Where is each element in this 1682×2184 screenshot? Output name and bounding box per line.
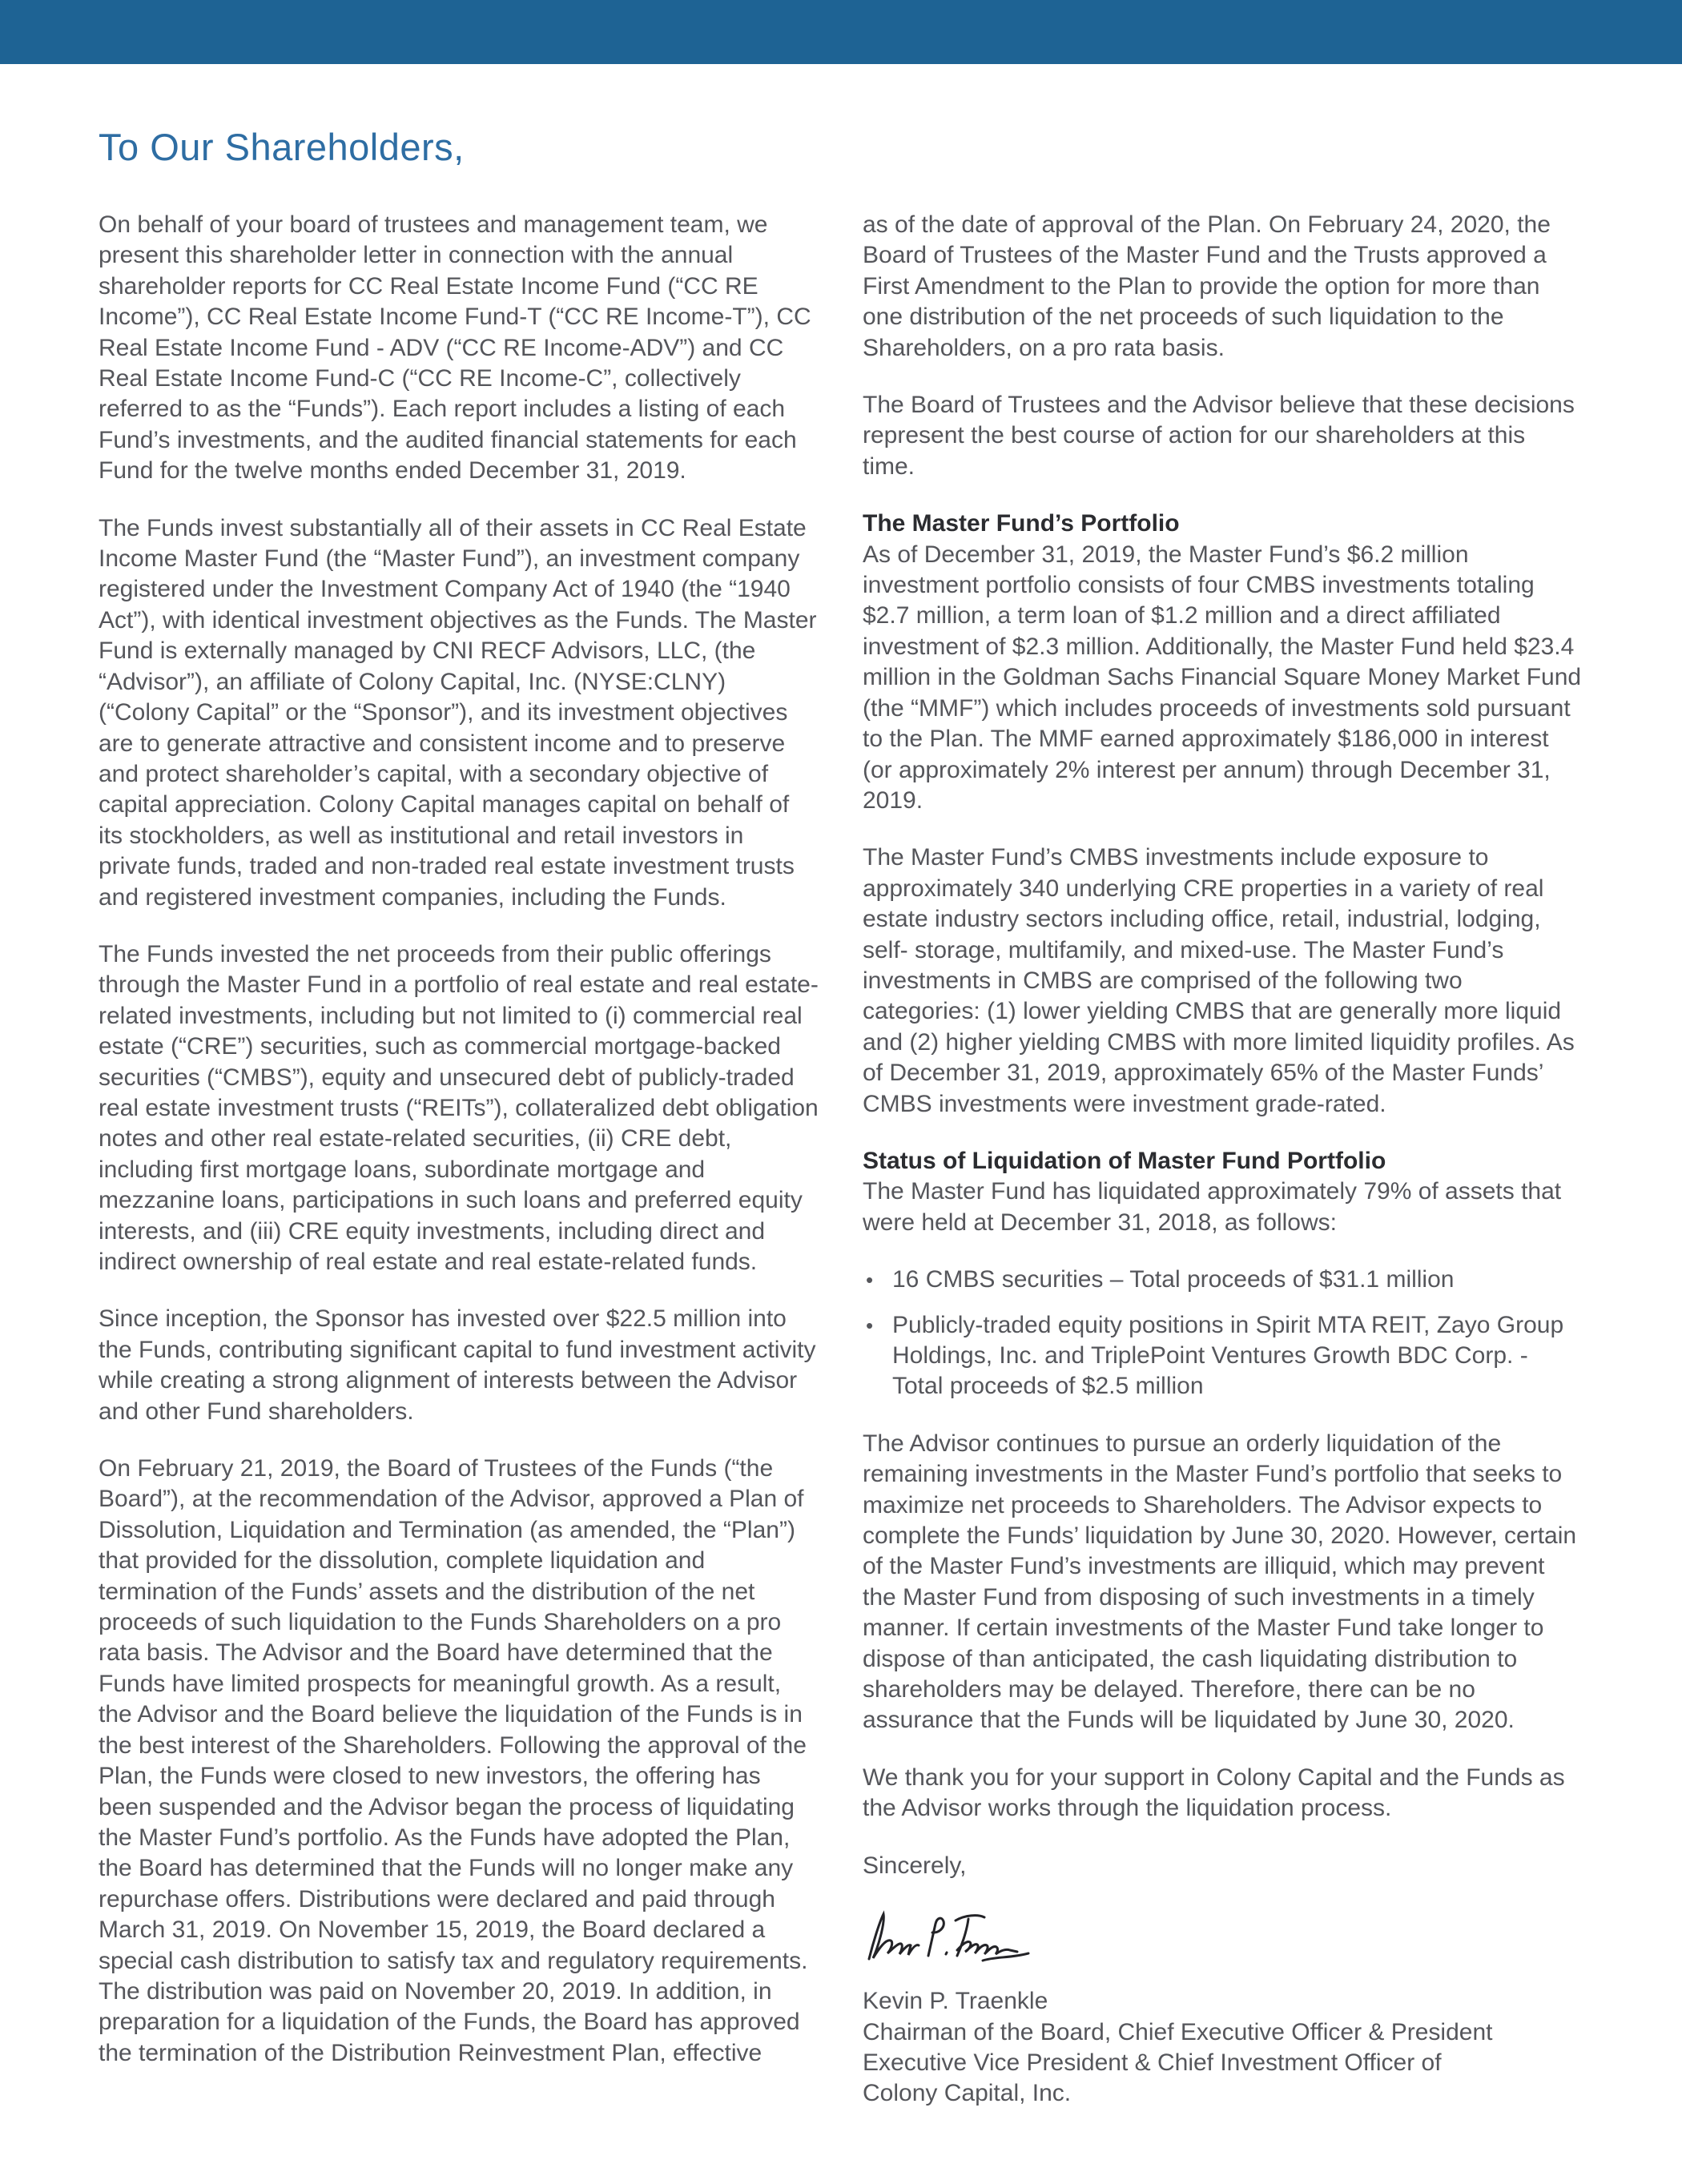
list-item: Publicly-traded equity positions in Spir… [863,1310,1583,1402]
paragraph: The Funds invested the net proceeds from… [99,939,819,1277]
sign-off: Sincerely, [863,1851,1583,1881]
liquidation-bullet-list: 16 CMBS securities – Total proceeds of $… [863,1265,1583,1402]
paragraph: The Master Fund’s CMBS investments inclu… [863,843,1583,1120]
paragraph: The Funds invest substantially all of th… [99,513,819,913]
paragraph: On behalf of your board of trustees and … [99,210,819,487]
left-column: On behalf of your board of trustees and … [99,210,819,2110]
signatory-title: Chairman of the Board, Chief Executive O… [863,2017,1583,2048]
paragraph: The Master Fund has liquidated approxima… [863,1176,1583,1238]
section-heading-liquidation: Status of Liquidation of Master Fund Por… [863,1146,1583,1176]
letter-page: To Our Shareholders, On behalf of your b… [0,0,1682,2184]
paragraph: Since inception, the Sponsor has investe… [99,1304,819,1427]
signatory-title: Executive Vice President & Chief Investm… [863,2048,1583,2078]
paragraph: As of December 31, 2019, the Master Fund… [863,540,1583,817]
paragraph: We thank you for your support in Colony … [863,1763,1583,1824]
paragraph: as of the date of approval of the Plan. … [863,210,1583,364]
signatory-name: Kevin P. Traenkle [863,1986,1583,2017]
paragraph: On February 21, 2019, the Board of Trust… [99,1454,819,2069]
signatory-title: Colony Capital, Inc. [863,2078,1583,2109]
signature-handwriting [863,1908,1583,1970]
signature-icon [863,1908,1035,1970]
list-item: 16 CMBS securities – Total proceeds of $… [863,1265,1583,1295]
paragraph: The Advisor continues to pursue an order… [863,1429,1583,1736]
paragraph: The Board of Trustees and the Advisor be… [863,390,1583,482]
section-heading-portfolio: The Master Fund’s Portfolio [863,509,1583,539]
two-column-body: On behalf of your board of trustees and … [0,210,1682,2110]
page-title: To Our Shareholders, [99,125,1583,170]
header-bar [0,0,1682,64]
right-column: as of the date of approval of the Plan. … [863,210,1583,2110]
